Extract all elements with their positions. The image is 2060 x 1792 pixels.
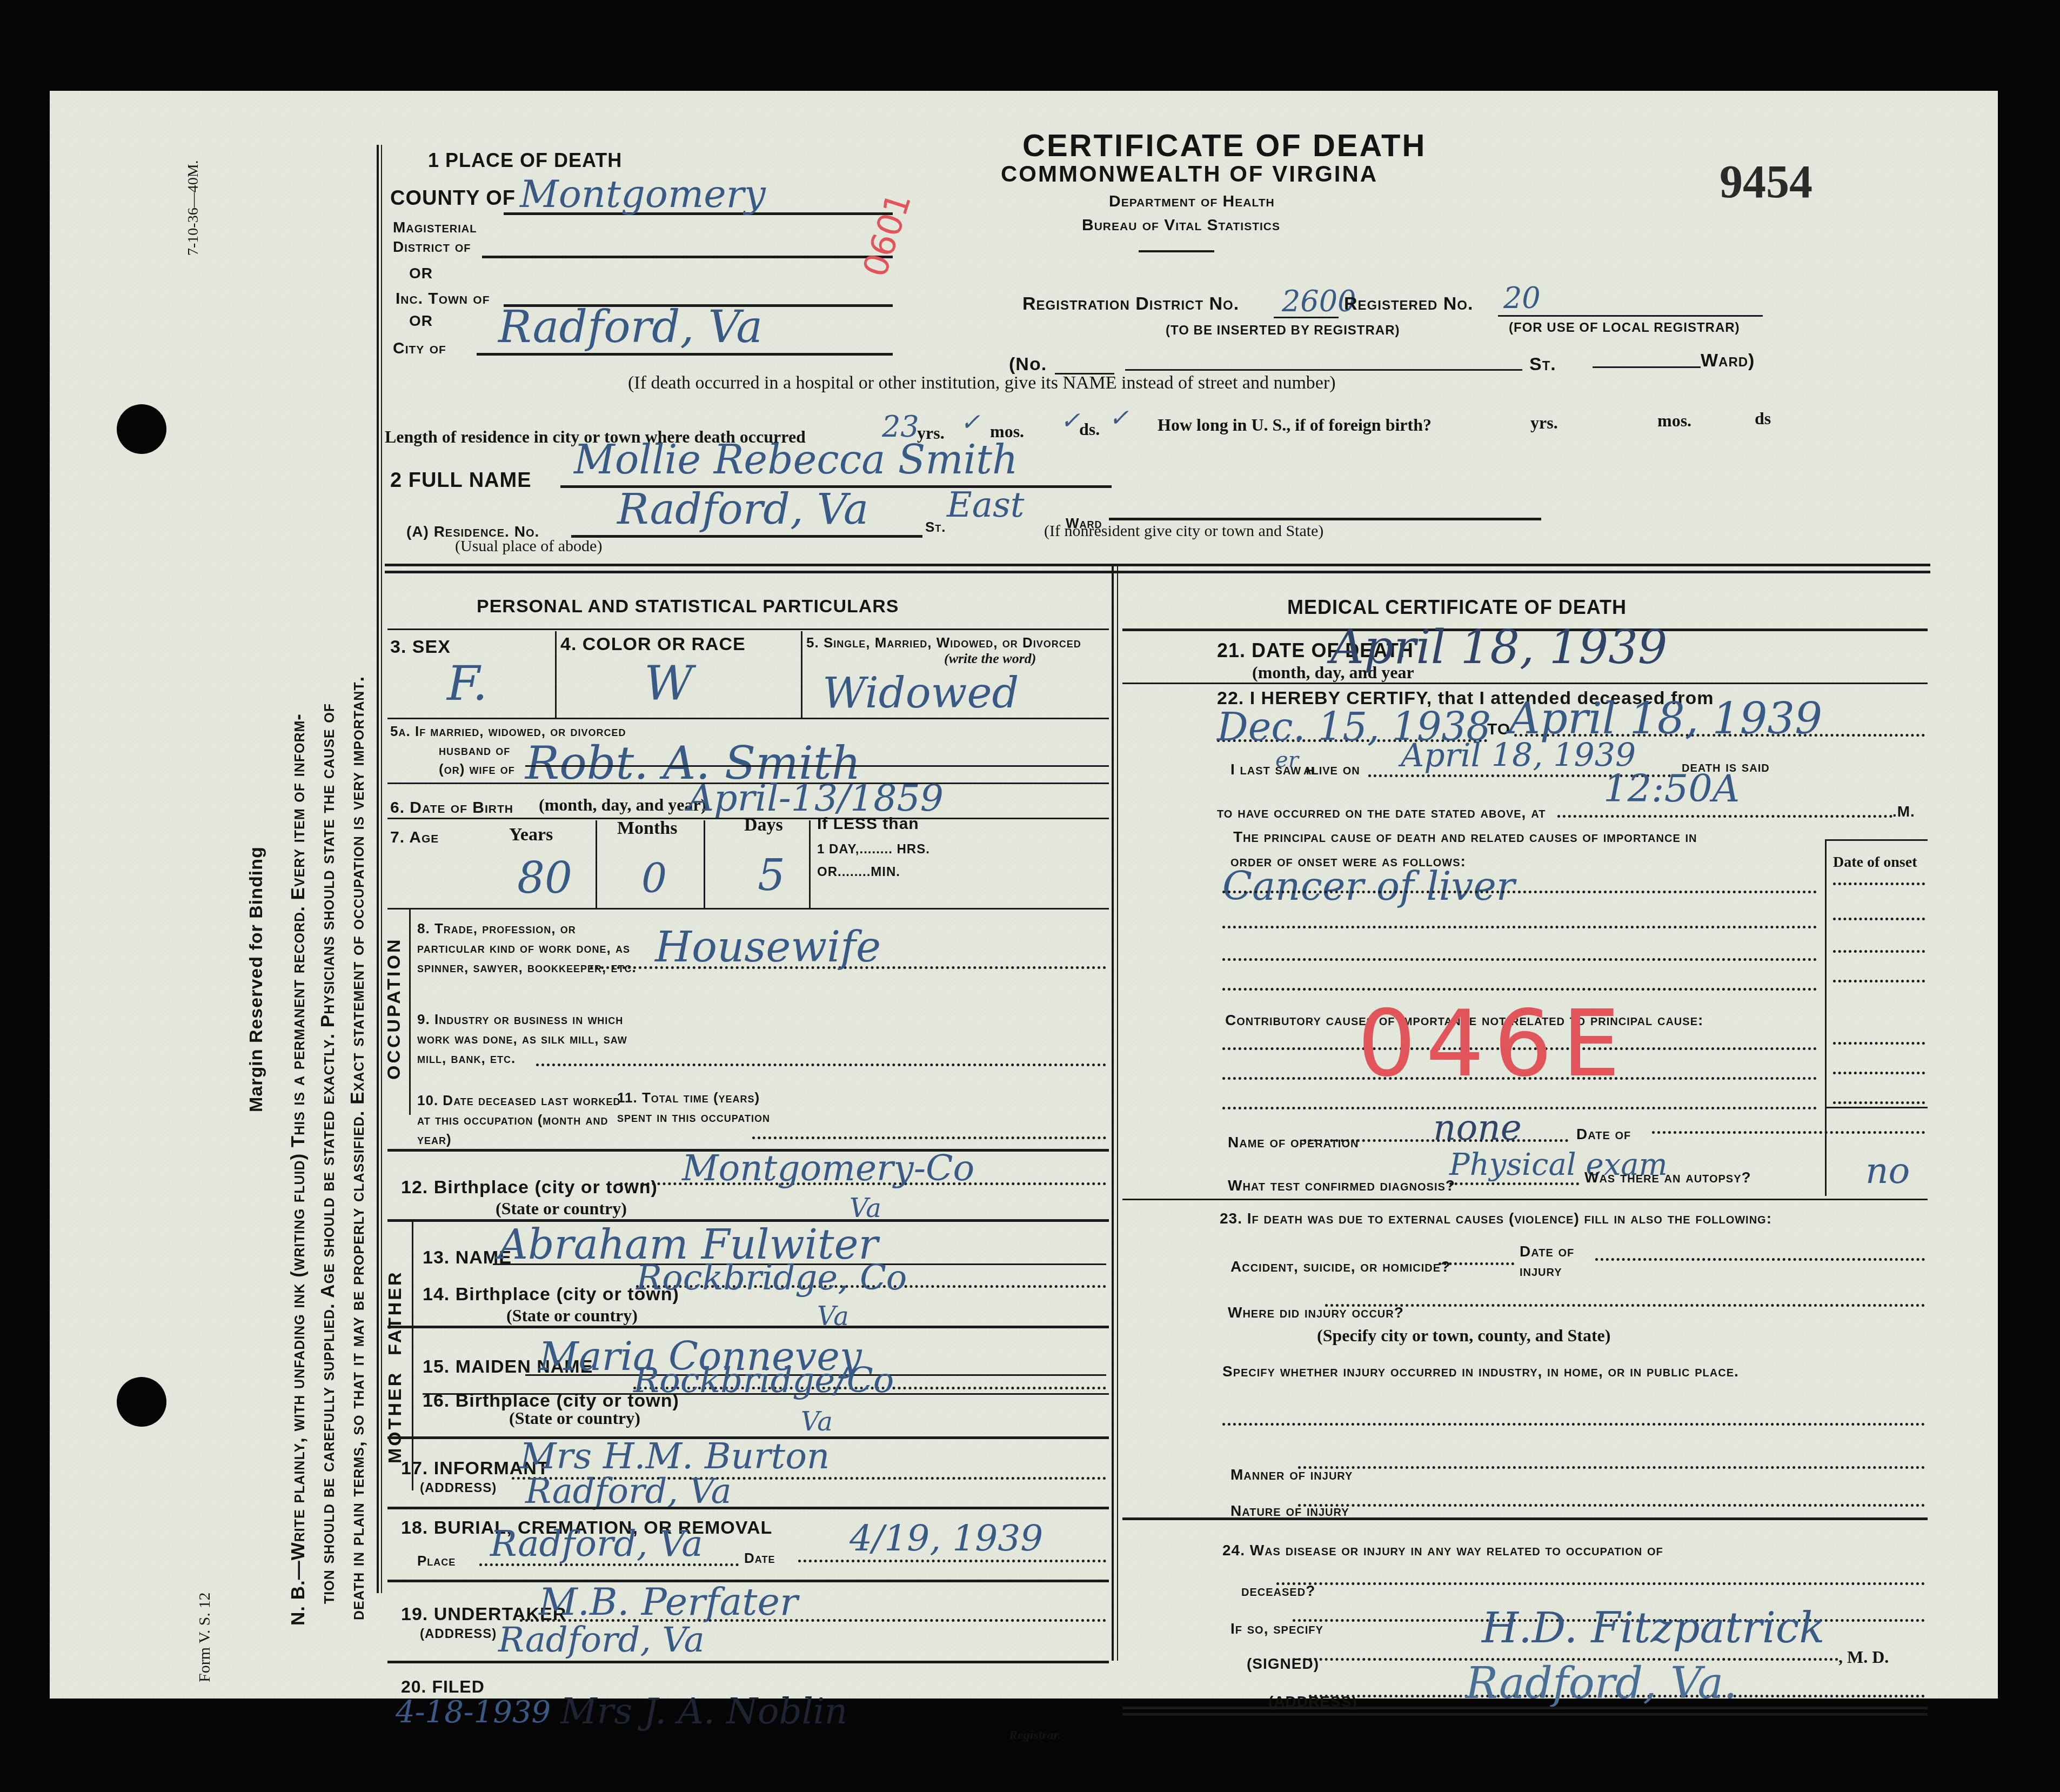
onset-line-6 <box>1833 1072 1925 1074</box>
cause-line-1 <box>1222 891 1817 893</box>
rule <box>387 1326 1109 1328</box>
residence-st-label: St. <box>925 519 946 536</box>
instruction-line-3: death in plain terms, so that it may be … <box>347 676 369 1620</box>
q12-value: Montgomery-Co <box>682 1147 974 1189</box>
q18-date-label: Date <box>744 1550 775 1567</box>
binding-hole-bottom <box>117 1377 166 1427</box>
city-value: Radford, Va <box>498 302 763 353</box>
magisterial-label: Magisterial District of <box>393 218 501 257</box>
registered-label: Registered No. <box>1344 293 1473 315</box>
onset-line-5 <box>1833 1042 1925 1045</box>
q10-label: 10. Date deceased last worked at this oc… <box>417 1091 633 1149</box>
onset-top-rule <box>1825 839 1928 841</box>
q21-value: April 18, 1939 <box>1330 620 1668 674</box>
age-days: 5 <box>758 850 785 900</box>
specify-label: Specify whether injury occurred in indus… <box>1222 1360 1919 1383</box>
sex-value: F. <box>447 656 487 711</box>
certificate-subtitle: Commonwealth of Virgina <box>1001 161 1378 187</box>
to-label: To <box>1487 720 1510 739</box>
check-mark: ✓ <box>960 409 980 436</box>
age-label: 7. Age <box>390 828 439 847</box>
cell-divider <box>704 820 705 910</box>
onset-line-2 <box>1833 918 1925 920</box>
cell-divider <box>809 820 811 910</box>
instruction-line-1: N. B.—Write plainly, with unfading ink (… <box>287 713 309 1626</box>
father-side-label: Father <box>385 1271 406 1355</box>
no-label: (No. <box>1009 354 1047 375</box>
injury-date-line <box>1595 1258 1925 1261</box>
spouse-line <box>525 765 1109 767</box>
rule <box>387 718 1109 719</box>
q12-state-label: (State or country) <box>496 1199 627 1219</box>
foreign-label: How long in U. S., if of foreign birth? <box>1158 415 1432 435</box>
certificate-paper: 7-10-36—40M. Form V. S. 12 Margin Reserv… <box>50 91 1998 1699</box>
cause-line-3 <box>1222 958 1817 961</box>
medical-section-title: Medical Certificate of Death <box>1287 596 1627 619</box>
deceased-line <box>1276 1582 1925 1585</box>
time-value: 12:50A <box>1603 766 1740 811</box>
spouse-label-3: (or) wife of <box>439 761 515 778</box>
department: Department of Health <box>1109 192 1275 211</box>
onset-divider <box>1825 839 1827 1196</box>
alive-on-label: alive on <box>1303 761 1360 778</box>
q9-line <box>536 1064 1106 1066</box>
full-name-value: Mollie Rebecca Smith <box>574 437 1018 483</box>
q17-address-value: Radford, Va <box>525 1472 732 1512</box>
age-years: 80 <box>517 853 572 903</box>
q24-label: 24. Was disease or injury in any way rel… <box>1222 1542 1663 1559</box>
sex-label: 3. Sex <box>390 637 451 658</box>
foreign-yrs-label: yrs. <box>1530 413 1558 433</box>
q16-state-label: (State or country) <box>509 1408 640 1428</box>
city-line <box>477 353 893 356</box>
column-divider-outer <box>1112 566 1114 1661</box>
frame-left-inner <box>381 145 382 1593</box>
md-label: , M. D. <box>1838 1647 1889 1667</box>
manner-line <box>1298 1466 1925 1469</box>
date-of-onset-label: Date of onset <box>1833 854 1917 871</box>
test-label: What test confirmed diagnosis? <box>1228 1177 1455 1194</box>
registered-value: 20 <box>1503 281 1541 315</box>
race-value: W <box>644 656 693 711</box>
red-place-code: 0601 <box>855 188 919 282</box>
dob-value: April-13/1859 <box>687 777 944 820</box>
rule <box>1122 1713 1928 1716</box>
red-cause-code: 046E <box>1357 991 1630 1098</box>
or-min-label: or........min. <box>817 865 900 880</box>
check-mark: ✓ <box>1060 407 1080 434</box>
one-day-label: 1 day,........ hrs. <box>817 842 930 857</box>
race-label: 4. Color or Race <box>560 634 746 655</box>
q18-place-value: Radford, Va <box>490 1523 703 1564</box>
binding-note: Margin Reserved for Binding <box>246 846 267 1112</box>
autopsy-label: Was there an autopsy? <box>1584 1169 1751 1186</box>
occurred-label: to have occurred on the date stated abov… <box>1217 804 1546 821</box>
ward-line <box>1593 366 1701 368</box>
operation-label: Name of operation <box>1228 1134 1359 1151</box>
nonresident-note: (If nonresident give city or town and St… <box>1044 522 1323 540</box>
m-label: .M. <box>1892 803 1915 820</box>
residence-ward-line <box>1109 518 1541 520</box>
autopsy-value: no <box>1865 1150 1910 1192</box>
st-label: St. <box>1529 354 1556 375</box>
instruction-line-2: tion should be carefully supplied. Age s… <box>317 703 339 1604</box>
rule <box>1122 1517 1928 1520</box>
operation-date-line <box>1652 1131 1925 1134</box>
street-line <box>1125 369 1522 371</box>
q8-value: Housewife <box>655 923 881 972</box>
q16-value: Rockbridge/Co <box>633 1361 894 1401</box>
town-label: Inc. Town of <box>396 290 490 308</box>
registered-note: (For use of local registrar) <box>1509 320 1740 336</box>
header-rule <box>1139 250 1214 252</box>
signed-value: H.D. Fitzpatrick <box>1482 1604 1825 1653</box>
q20-date: 4-18-1939 <box>396 1695 551 1730</box>
operation-value: none <box>1433 1107 1522 1148</box>
months-label: Months <box>617 818 677 839</box>
certificate-title: Certificate of Death <box>1022 128 1426 164</box>
frame-left-outer <box>377 145 379 1593</box>
last-saw-value: April 18, 1939 <box>1401 737 1636 774</box>
where-line <box>1325 1304 1925 1307</box>
q11-label: 11. Total time (years) spent in this occ… <box>617 1088 779 1127</box>
dob-label: 6. Date of Birth <box>390 799 513 817</box>
registered-line <box>1498 315 1763 317</box>
cause-value: Cancer of liver <box>1222 864 1515 909</box>
district-note: (To be inserted by registrar) <box>1166 323 1400 338</box>
foreign-mos-label: mos. <box>1657 411 1691 431</box>
onset-line-7 <box>1833 1101 1925 1104</box>
where-label: Where did injury occur? <box>1228 1304 1404 1321</box>
residence-street-value: East <box>947 485 1024 525</box>
rule <box>1122 1707 1928 1709</box>
last-saw-suffix: er <box>1275 747 1299 772</box>
q19-value: M.B. Perfater <box>539 1580 798 1624</box>
occupation-side-divider <box>409 910 411 1115</box>
district-label: Registration District No. <box>1022 293 1239 315</box>
residence-note: (Usual place of abode) <box>455 537 602 556</box>
onset-line-1 <box>1833 882 1925 885</box>
county-label: County of <box>390 187 516 210</box>
onset-bottom-rule <box>1825 1107 1928 1108</box>
q14-state-label: (State or country) <box>506 1306 638 1326</box>
cause-line-2 <box>1222 926 1817 928</box>
accident-line <box>1439 1262 1514 1265</box>
column-divider-inner <box>1117 566 1118 1661</box>
rule <box>387 1507 1109 1509</box>
q17-address-label: (Address) <box>420 1481 497 1496</box>
mother-side-label: Mother <box>385 1371 406 1463</box>
less-than-label: If LESS than <box>817 815 919 833</box>
rule <box>387 1661 1109 1663</box>
onset-line-4 <box>1833 980 1925 982</box>
q18-place-label: Place <box>417 1553 456 1569</box>
q18-date-value: 4/19, 1939 <box>850 1517 1043 1559</box>
days-label: Days <box>744 815 783 835</box>
dob-hint: (month, day, and year) <box>539 795 706 815</box>
residence-line <box>571 535 922 538</box>
years-label: Years <box>509 825 553 845</box>
test-line <box>1449 1182 1579 1185</box>
address-value: Radford, Va. <box>1466 1658 1737 1708</box>
onset-line-3 <box>1833 950 1925 953</box>
rule <box>1122 1199 1928 1200</box>
section-divider-bottom <box>385 571 1930 573</box>
rule <box>387 628 1109 630</box>
county-value: Montgomery <box>520 172 766 216</box>
accident-label: Accident, suicide, or homicide? <box>1230 1258 1450 1275</box>
check-mark: ✓ <box>1109 404 1129 432</box>
q11-line <box>752 1136 1106 1139</box>
q19-address-value: Radford, Va <box>498 1620 705 1660</box>
q20-label: 20. Filed <box>401 1677 485 1697</box>
q18-date-line <box>798 1560 1106 1562</box>
cell-divider <box>555 631 557 718</box>
marital-label: 5. Single, Married, Widowed, or Divorced <box>806 634 1098 651</box>
ds-label: ds. <box>1079 419 1100 439</box>
specify-line <box>1222 1423 1925 1426</box>
city-label: City of <box>393 339 446 358</box>
form-code: 7-10-36—40M. <box>185 160 202 256</box>
foreign-ds-label: ds <box>1755 409 1771 429</box>
q12-label: 12. Birthplace (city or town) <box>401 1177 658 1198</box>
rule <box>1122 683 1928 684</box>
cell-divider <box>596 820 597 910</box>
occupation-side-label: Occupation <box>384 937 405 1080</box>
bureau: Bureau of Vital Statistics <box>1082 216 1280 235</box>
personal-section-title: Personal and Statistical Particulars <box>477 596 899 617</box>
cause-label-1: The principal cause of death and related… <box>1233 828 1697 846</box>
or-label: or <box>409 312 433 330</box>
q14-value: Rockbridge, Co <box>636 1258 907 1298</box>
injury-date-label: Date of injury <box>1520 1242 1595 1281</box>
binding-hole-top <box>117 404 166 454</box>
ward-label: Ward) <box>1701 350 1755 371</box>
q17-value: Mrs H.M. Burton <box>520 1435 830 1477</box>
time-line <box>1557 815 1892 818</box>
age-months: 0 <box>641 855 667 902</box>
or-label: or <box>409 265 433 282</box>
cell-divider <box>801 631 802 718</box>
q20-registrar: Mrs J. A. Noblin <box>560 1690 847 1732</box>
full-name-label: 2 Full Name <box>390 469 532 492</box>
spouse-label-2: husband of <box>439 742 510 759</box>
marital-value: Widowed <box>822 669 1019 718</box>
hospital-note: (If death occurred in a hospital or othe… <box>628 373 1336 393</box>
residence-value: Radford, Va <box>617 485 868 534</box>
registrar-label: Registrar. <box>1009 1728 1061 1743</box>
rule <box>387 908 1109 910</box>
q16-state-value: Va <box>801 1407 833 1437</box>
last-saw-label: I last saw h <box>1230 761 1314 778</box>
marital-hint: (write the word) <box>944 651 1036 667</box>
where-note: (Specify city or town, county, and State… <box>1317 1326 1610 1346</box>
nature-line <box>1298 1504 1925 1507</box>
q23-label: 23. If death was due to external causes … <box>1220 1207 1922 1231</box>
magisterial-line <box>482 256 893 258</box>
if-so-label: If so, specify <box>1230 1620 1323 1637</box>
place-of-death-label: 1 Place of Death <box>428 149 622 172</box>
operation-date-label: Date of <box>1576 1126 1631 1143</box>
q9-label: 9. Industry or business in which work wa… <box>417 1009 644 1068</box>
form-number: Form V. S. 12 <box>196 1593 214 1682</box>
q19-address-label: (Address) <box>420 1627 497 1642</box>
serial-number: 9454 <box>1720 155 1812 209</box>
section-divider-top <box>385 564 1930 566</box>
